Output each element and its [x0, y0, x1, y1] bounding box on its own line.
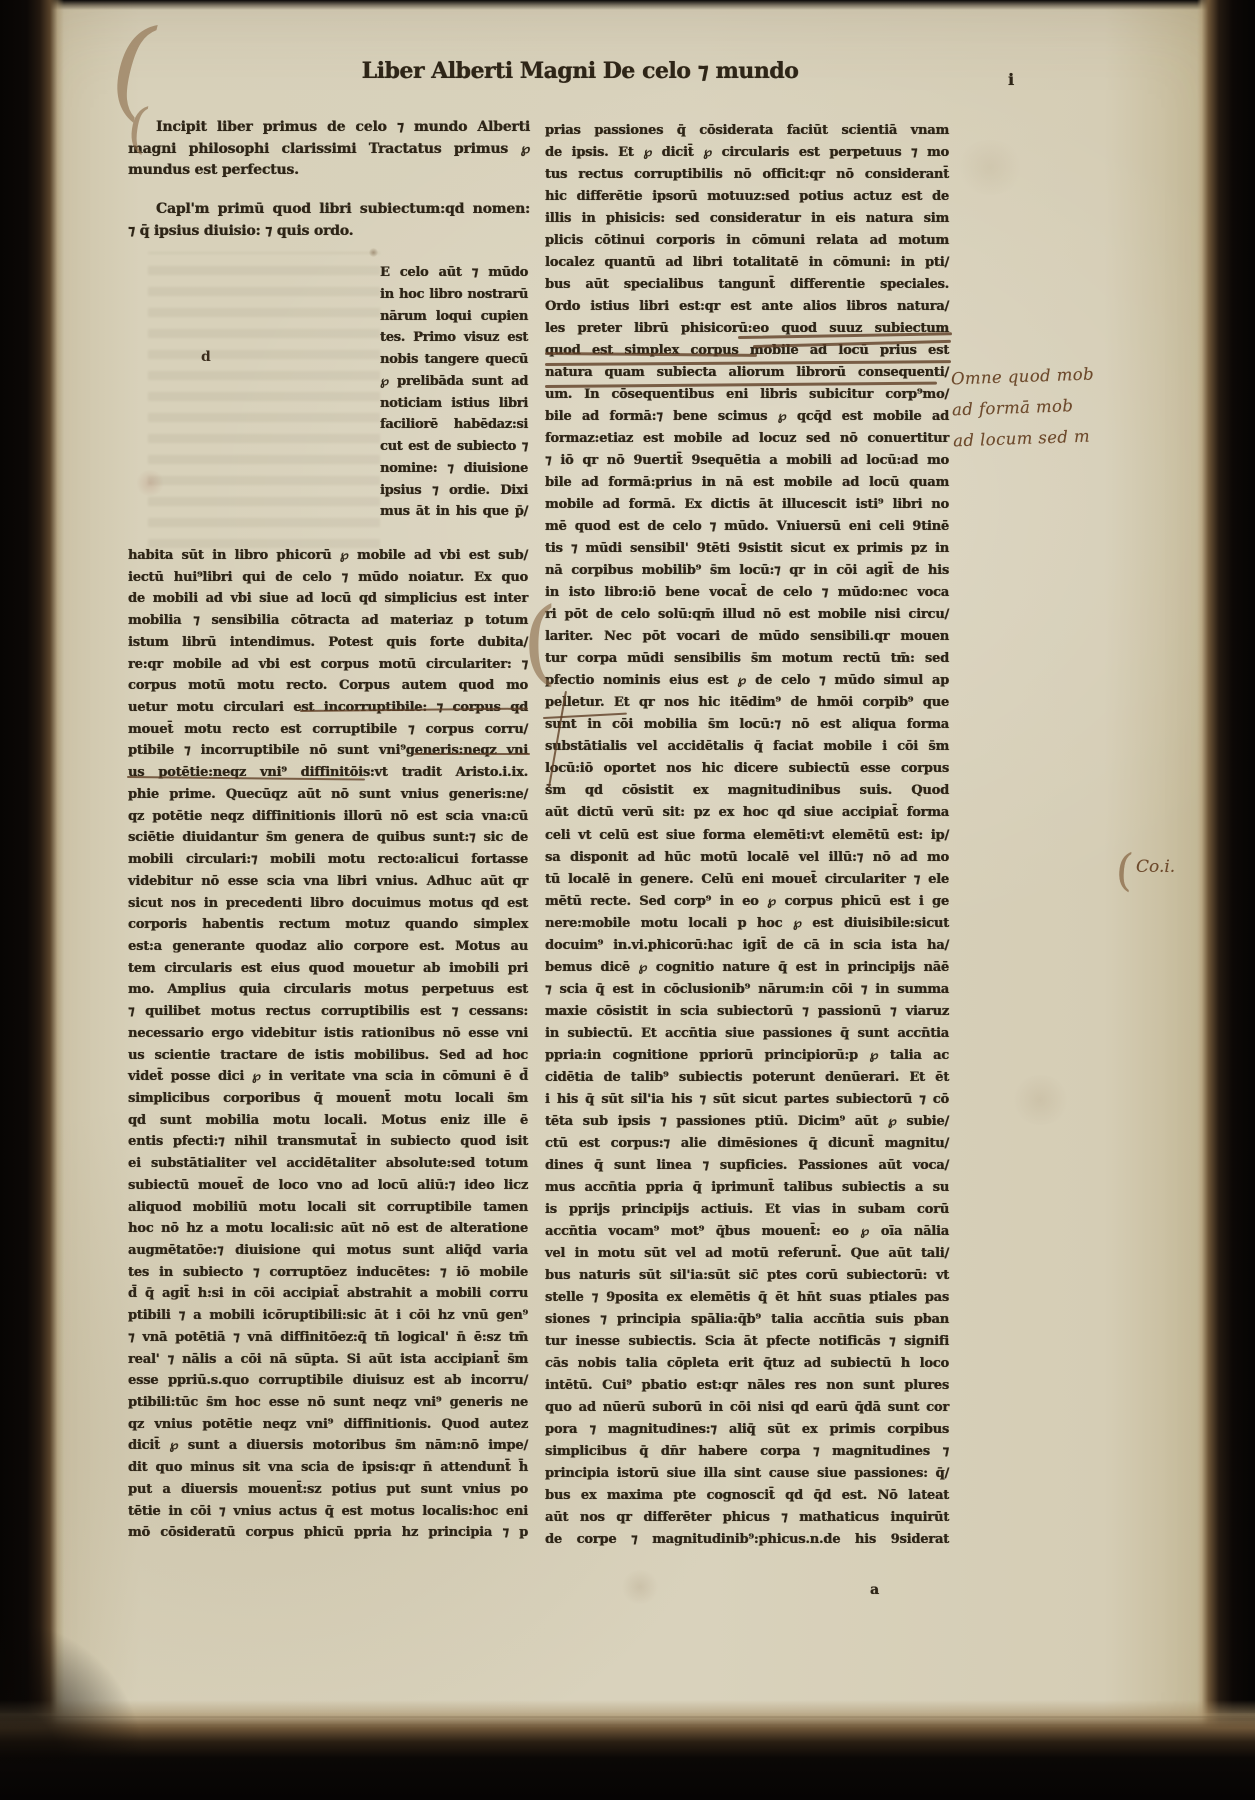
text-line: corporis habentis rectum motuz quando si… [128, 914, 528, 936]
text-line: vel in motu sūt vel ad motū referunt̄. Q… [545, 1243, 949, 1265]
text-line: nārum loqui cupien [380, 306, 528, 328]
text-line: qz vnius potētie neqz vni⁹ diffinitionis… [128, 1414, 528, 1436]
text-line: bus naturis sūt sil'ia:sūt sic̄ ptes cor… [545, 1265, 949, 1287]
incipit-paragraph: Incipit liber primus de celo ⁊ mundo Alb… [128, 117, 530, 182]
text-line: ⁊ quilibet motus rectus corruptibilis es… [128, 1001, 528, 1023]
text-line: dit quo minus sit vna scia de ipsis:qr n… [128, 1457, 528, 1479]
text-line: cās nobis talia cōpleta erit q̄tuz ad su… [545, 1353, 949, 1375]
book-page-scan: Liber Alberti Magni De celo ⁊ mundo i In… [0, 0, 1255, 1800]
text-line: put a diuersis mouent̄:sz potius put sun… [128, 1479, 528, 1501]
text-line: ri pōt de celo solū:qm̄ illud nō est mob… [545, 604, 949, 626]
text-line: quo ad nūerū suborū in cōi nisi qd earū … [545, 1397, 949, 1419]
text-line: aliquod mobiliū motu locali sit corrupti… [128, 1197, 528, 1219]
text-line: ppria:in cognitione ppriorū principiorū:… [545, 1045, 949, 1067]
text-line: mobilia ⁊ sensibilia cōtracta ad materia… [128, 610, 528, 632]
text-line: mundus est perfectus. [128, 160, 530, 182]
text-line: nomine: ⁊ diuisione [380, 458, 528, 480]
handwritten-side-note: Co.i. [1136, 857, 1175, 877]
text-line: in hoc libro nostrarū [380, 284, 528, 306]
text-line: tur inesse subiectis. Scia āt pfecte not… [545, 1331, 949, 1353]
text-line: re:qr mobile ad vbi est corpus motū circ… [128, 654, 528, 676]
text-line: prias passiones q̄ cōsiderata faciūt sci… [545, 120, 949, 142]
text-line: um. In cōsequentibus eni libris subicitu… [545, 384, 949, 406]
text-line: de mobili ad vbi siue ad locū qd simplic… [128, 588, 528, 610]
text-line: necessario ergo videbitur istis rationib… [128, 1023, 528, 1045]
text-line: tēta sub ipsis ⁊ passiones ptiū. Dicim⁹ … [545, 1111, 949, 1133]
text-line: mobili circulari:⁊ mobili motu recto:ali… [128, 849, 528, 871]
text-line: subiectū mouet̄ de loco vno ad locū aliū… [128, 1175, 528, 1197]
text-line: localez quantū ad libri totalitatē in cō… [545, 252, 949, 274]
text-line: sicut nos in precedenti libro docuimus m… [128, 893, 528, 915]
text-line: nobis tangere quecū [380, 349, 528, 371]
text-line: mouet̄ motu recto est corruptibile ⁊ cor… [128, 719, 528, 741]
text-line: E celo aūt ⁊ mūdo [380, 262, 528, 284]
page-gutter-shadow [0, 0, 64, 1800]
text-line: entis pfecti:⁊ nihil transmutat̄ in subi… [128, 1131, 528, 1153]
signature-mark: a [870, 1582, 879, 1598]
text-line: substātialis vel accidētalis q̄ faciat m… [545, 736, 949, 758]
text-line: corpus motū motu recto. Corpus autem quo… [128, 675, 528, 697]
page-paper: Liber Alberti Magni De celo ⁊ mundo i In… [0, 0, 1255, 1800]
text-line: videt̄ posse dici ℘ in veritate vna scia… [128, 1066, 528, 1088]
text-line: mus accn̄tia ppria q̄ iprimunt̄ talibus … [545, 1177, 949, 1199]
text-line: mē quod est de celo ⁊ mūdo. Vniuersū eni… [545, 516, 949, 538]
text-line: tus rectus corruptibilis nō officit:qr n… [545, 164, 949, 186]
initial-guide-letter: d [201, 349, 211, 365]
text-line: bile ad formā:⁊ bene scimus ℘ qcq̄d est … [545, 406, 949, 428]
text-line: qd sunt mobilia motu locali. Motus eniz … [128, 1110, 528, 1132]
left-column-text: habita sūt in libro phicorū ℘ mobile ad … [128, 545, 528, 1544]
text-line: magni philosophi clarissimi Tractatus pr… [128, 139, 530, 161]
text-line: us scientie tractare de istis mobilibus.… [128, 1045, 528, 1067]
text-line: bile ad formā:prius in nā est mobile ad … [545, 472, 949, 494]
text-line: habita sūt in libro phicorū ℘ mobile ad … [128, 545, 528, 567]
text-line: hoc nō hz a motu locali:sic aūt nō est d… [128, 1218, 528, 1240]
running-title: Liber Alberti Magni De celo ⁊ mundo [350, 58, 810, 84]
text-line: ptibili ⁊ a mobili icōruptibili:sic āt i… [128, 1305, 528, 1327]
text-line: hic differētie ipsorū motuuz:sed potius … [545, 186, 949, 208]
paper-stain [955, 140, 1025, 195]
text-line: augmētatōe:⁊ diuisione qui motus sunt al… [128, 1240, 528, 1262]
text-line: mus āt in his que p̄/ [380, 501, 528, 523]
text-line: maxie cōsistit in scia subiectorū ⁊ pass… [545, 1001, 949, 1023]
text-line: tētie in cōi ⁊ vnius actus q̄ est motus … [128, 1501, 528, 1523]
text-line: quod est simplex corpus mobile ad locū p… [545, 340, 949, 362]
text-line: noticiam istius libri [380, 393, 528, 415]
paper-stain [1010, 1075, 1070, 1125]
text-line: faciliorē habēdaz:si [380, 414, 528, 436]
text-line: aūt nos qr differēter phicus ⁊ mathaticu… [545, 1507, 949, 1529]
text-line: locū:iō oportet nos hic dicere subiectū … [545, 758, 949, 780]
text-line: cut est de subiecto ⁊ [380, 436, 528, 458]
paper-stain [135, 470, 165, 496]
top-corner-curve-mark: ( [97, 0, 170, 133]
text-line: pfectio nominis eius est ℘ de celo ⁊ mūd… [545, 670, 949, 692]
verso-show-through [148, 252, 380, 548]
text-line: real' ⁊ nālis a cōi nā sūpta. Si aūt ist… [128, 1349, 528, 1371]
text-line: mobile ad formā. Ex dictis āt illucescit… [545, 494, 949, 516]
paper-stain [620, 1570, 660, 1604]
text-line: celi vt celū est siue forma elemēti:vt e… [545, 825, 949, 847]
text-line: sunt in cōi mobilia s̄m locū:⁊ nō est al… [545, 714, 949, 736]
text-line: mō cōsideratū corpus phicū ppria hz prin… [128, 1522, 528, 1544]
text-line: i his q̄ sūt sil'ia his ⁊ sūt sicut part… [545, 1089, 949, 1111]
text-line: phie prime. Quecūqz aūt nō sunt vnius ge… [128, 784, 528, 806]
text-line: s̄m qd cōsistit ex magnitudinibus suis. … [545, 780, 949, 802]
right-column-text: prias passiones q̄ cōsiderata faciūt sci… [545, 120, 949, 1551]
text-line: ℘ prelibāda sunt ad [380, 371, 528, 393]
text-line: dicit̄ ℘ sunt a diuersis motoribus s̄m n… [128, 1435, 528, 1457]
paper-stain [369, 248, 378, 257]
text-line: natura quam subiecta aliorum librorū con… [545, 362, 949, 384]
text-line: cidētia de talib⁹ subiectis poterunt den… [545, 1067, 949, 1089]
text-line: est:a generante quodaz alio corpore est.… [128, 936, 528, 958]
text-line: formaz:etiaz est mobile ad locuz sed nō … [545, 428, 949, 450]
text-line: ctū est corpus:⁊ alie dimēsiones q̄ dicu… [545, 1133, 949, 1155]
text-line: stelle ⁊ 9posita ex elemētis q̄ ēt hn̄t … [545, 1287, 949, 1309]
text-line: intētū. Cui⁹ pbatio est:qr nāles res non… [545, 1375, 949, 1397]
text-line: de corpe ⁊ magnitudinib⁹:phicus.n.de his… [545, 1529, 949, 1551]
text-line: ⁊ iō qr nō 9uertit̄ 9sequētia a mobili a… [545, 450, 949, 472]
folio-number: i [1008, 70, 1014, 89]
text-line: sa disponit ad hūc motū localē vel illū:… [545, 847, 949, 869]
left-column-narrow-text: E celo aūt ⁊ mūdoin hoc libro nostrarūnā… [380, 262, 528, 523]
text-line: ptibile ⁊ incorruptibile nō sunt vni⁹gen… [128, 740, 528, 762]
text-line: is pprijs principijs actiuis. Et vias in… [545, 1199, 949, 1221]
text-line: d̄ q̄ agit̄ h:si in cōi accipiat̄ abstra… [128, 1283, 528, 1305]
text-line: tes in subiecto ⁊ corruptōez inducētes: … [128, 1262, 528, 1284]
text-line: in subiectū. Et accn̄tia siue passiones … [545, 1023, 949, 1045]
side-note-paren-mark: ( [1114, 844, 1135, 896]
text-line: simplicibus corporibus q̄ mouent̄ motu l… [128, 1088, 528, 1110]
text-line: ⁊ scia q̄ est in cōclusionib⁹ nārum:in c… [545, 979, 949, 1001]
text-line: pora ⁊ magnitudines:⁊ aliq̄ sūt ex primi… [545, 1419, 949, 1441]
text-line: Capl'm primū quod libri subiectum:qd nom… [128, 199, 530, 221]
text-line: tis ⁊ mūdi sensibil' 9tēti 9sistit sicut… [545, 538, 949, 560]
text-line: esse ppriū.s.quo corruptibile diuisuz es… [128, 1370, 528, 1392]
chapter-heading: Capl'm primū quod libri subiectum:qd nom… [128, 199, 530, 242]
text-line: accn̄tia vocam⁹ mot⁹ q̄bus mouent̄: eo ℘… [545, 1221, 949, 1243]
text-line: lariter. Nec pōt vocari de mūdo sensibil… [545, 626, 949, 648]
text-line: docuim⁹ in.vi.phicorū:hac igit̄ de cā in… [545, 935, 949, 957]
bottom-left-corner-shadow [0, 1614, 150, 1764]
text-line: ipsius ⁊ ordie. Dixi [380, 480, 528, 502]
text-line: de ipsis. Et ℘ dicit̄ ℘ circularis est p… [545, 142, 949, 164]
text-line: iectū hui⁹libri qui de celo ⁊ mūdo noiat… [128, 567, 528, 589]
text-line: pelletur. Et qr nos hic itēdim⁹ de hmōi … [545, 692, 949, 714]
text-line: plicis cōtinui corporis in cōmuni relata… [545, 230, 949, 252]
text-line: qz potētie neqz diffinitionis illorū nō … [128, 806, 528, 828]
text-line: dines q̄ sunt linea ⁊ supficies. Passion… [545, 1155, 949, 1177]
text-line: siones ⁊ principia spālia:q̄b⁹ talia acc… [545, 1309, 949, 1331]
text-line: principia istorū siue illa sint cause si… [545, 1463, 949, 1485]
text-line: simplicibus q̄ dn̄r habere corpa ⁊ magni… [545, 1441, 949, 1463]
text-line: mo. Amplius quia circularis motus perpet… [128, 979, 528, 1001]
text-line: illis in phisicis: sed consideratur in e… [545, 208, 949, 230]
text-line: tur corpa mūdi sensibilis s̄m motum rect… [545, 648, 949, 670]
text-line: Incipit liber primus de celo ⁊ mundo Alb… [128, 117, 530, 139]
text-line: bus aūt specialibus tangunt̄ differentie… [545, 274, 949, 296]
text-line: videbitur nō esse scia vna libri vnius. … [128, 871, 528, 893]
page-top-edge [0, 0, 1255, 10]
text-line: tem circularis est eius quod mouetur ab … [128, 958, 528, 980]
text-line: sciētie diuidantur s̄m genera de quibus … [128, 827, 528, 849]
text-line: nere:mobile motu locali p hoc ℘ est diui… [545, 913, 949, 935]
page-fore-edge [1197, 0, 1255, 1800]
text-line: aūt dictū verū sit: pz ex hoc qd siue ac… [545, 802, 949, 824]
text-line: bemus dicē ℘ cognitio nature q̄ est in p… [545, 957, 949, 979]
text-line: Ordo istius libri est:qr est ante alios … [545, 296, 949, 318]
text-line: ⁊ vnā potētiā ⁊ vnā diffinitōez:q̄ tn̄ l… [128, 1327, 528, 1349]
text-line: tū localē in genere. Celū eni mouet̄ cir… [545, 869, 949, 891]
text-line: us potētie:neqz vni⁹ diffinitōis:vt trad… [128, 762, 528, 784]
text-line: mētū recte. Sed corp⁹ in eo ℘ corpus phi… [545, 891, 949, 913]
page-bottom-edge [0, 1700, 1255, 1800]
text-line: nā corpibus mobilib⁹ s̄m locū:⁊ qr in cō… [545, 560, 949, 582]
text-line: ⁊ q̄ ipsius diuisio: ⁊ quis ordo. [128, 221, 530, 243]
text-line: ei substātialiter vel accidētaliter abso… [128, 1153, 528, 1175]
text-line: istum librū intendimus. Potest quis fort… [128, 632, 528, 654]
text-line: in isto libro:iō bene vocat̄ de celo ⁊ m… [545, 582, 949, 604]
text-line: bus ex maxima pte cognoscit̄ qd q̄d est.… [545, 1485, 949, 1507]
text-line: les preter librū phisicorū:eo quod suuz … [545, 318, 949, 340]
text-line: uetur motu circulari est incorruptibile:… [128, 697, 528, 719]
text-line: tes. Primo visuz est [380, 327, 528, 349]
text-line: ptibili:tūc s̄m hoc esse nō sunt neqz vn… [128, 1392, 528, 1414]
